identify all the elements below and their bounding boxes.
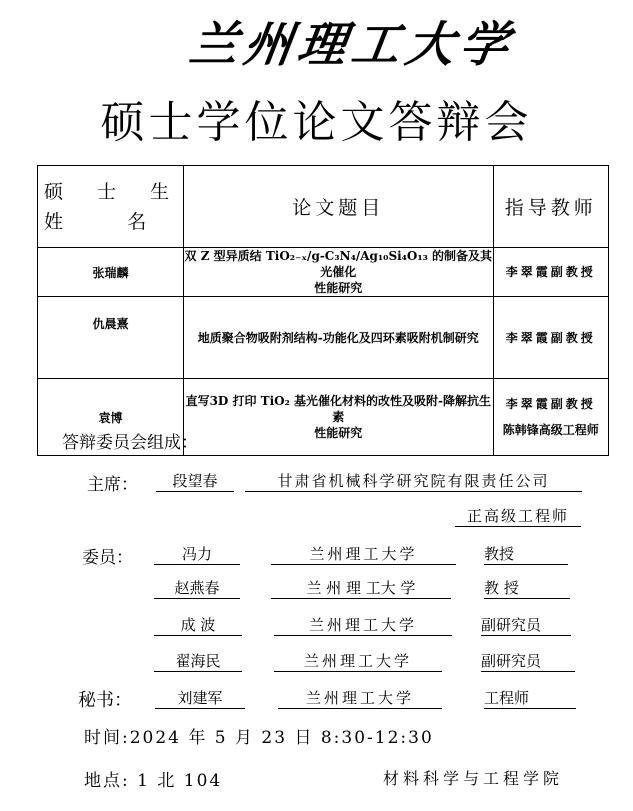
thesis-topic: 双 Z 型异质结 TiO₂₋ₓ/g-C₃N₄/Ag₁₀Si₄O₁₃ 的制备及其光…	[184, 248, 493, 297]
advisor: 李翠霞副教授	[493, 297, 609, 379]
page-title: 硕士学位论文答辩会	[0, 92, 633, 154]
secretary-title: 工程师	[484, 688, 576, 709]
member-affiliation: 兰州理工大学	[274, 615, 452, 636]
chair-name: 段望春	[156, 471, 234, 492]
header-student: 硕 士 生 姓 名	[38, 166, 184, 248]
university-logo: 兰州理工大学	[186, 14, 455, 76]
thesis-table: 硕 士 生 姓 名 论文题目 指导教师 张瑞麟 双 Z 型异质结 TiO₂₋ₓ/…	[37, 165, 609, 456]
committee-heading: 答辩委员会组成：	[62, 428, 198, 453]
member-title: 副研究员	[481, 651, 575, 672]
secretary-label: 秘书：	[78, 686, 132, 712]
header-topic: 论文题目	[184, 166, 493, 248]
members-label: 委员：	[82, 543, 133, 568]
table-header-row: 硕 士 生 姓 名 论文题目 指导教师	[38, 166, 609, 248]
thesis-topic: 直写3D 打印 TiO₂ 基光催化材料的改性及吸附-降解抗生素 性能研究	[184, 379, 493, 456]
member-title: 副研究员	[481, 615, 571, 636]
member-name: 赵燕春	[154, 578, 240, 599]
table-row: 仇晨熹 地质聚合物吸附剂结构-功能化及四环素吸附机制研究 李翠霞副教授	[38, 297, 609, 379]
defense-location: 地点: 1 北 104	[84, 766, 222, 791]
secretary-name: 刘建军	[155, 688, 245, 709]
student-name: 张瑞麟	[38, 248, 184, 297]
member-name: 冯力	[154, 544, 240, 565]
member-affiliation: 兰州理工大学	[274, 651, 442, 672]
member-name: 成 波	[154, 615, 242, 636]
member-affiliation: 兰 州 理 工大 学	[271, 578, 451, 599]
secretary-affiliation: 兰州理工大学	[278, 688, 442, 709]
member-affiliation: 兰州理工大学	[271, 544, 456, 565]
member-title: 教 授	[484, 578, 570, 599]
header-advisor: 指导教师	[493, 166, 609, 248]
chair-label: 主席：	[87, 470, 138, 495]
thesis-topic: 地质聚合物吸附剂结构-功能化及四环素吸附机制研究	[184, 297, 493, 379]
advisor: 李翠霞副教授 陈韩锋高级工程师	[493, 379, 609, 456]
member-title: 教授	[484, 544, 568, 565]
chair-title: 正高级工程师	[455, 506, 581, 527]
member-name: 翟海民	[154, 651, 242, 672]
defense-time: 时间:2024 年 5 月 23 日 8:30-12:30	[84, 723, 434, 748]
chair-affiliation: 甘肃省机械科学研究院有限责任公司	[245, 471, 582, 492]
student-name: 仇晨熹	[38, 297, 184, 379]
school-name: 材料科学与工程学院	[383, 766, 563, 789]
table-row: 张瑞麟 双 Z 型异质结 TiO₂₋ₓ/g-C₃N₄/Ag₁₀Si₄O₁₃ 的制…	[38, 248, 609, 297]
advisor: 李翠霞副教授	[493, 248, 609, 297]
